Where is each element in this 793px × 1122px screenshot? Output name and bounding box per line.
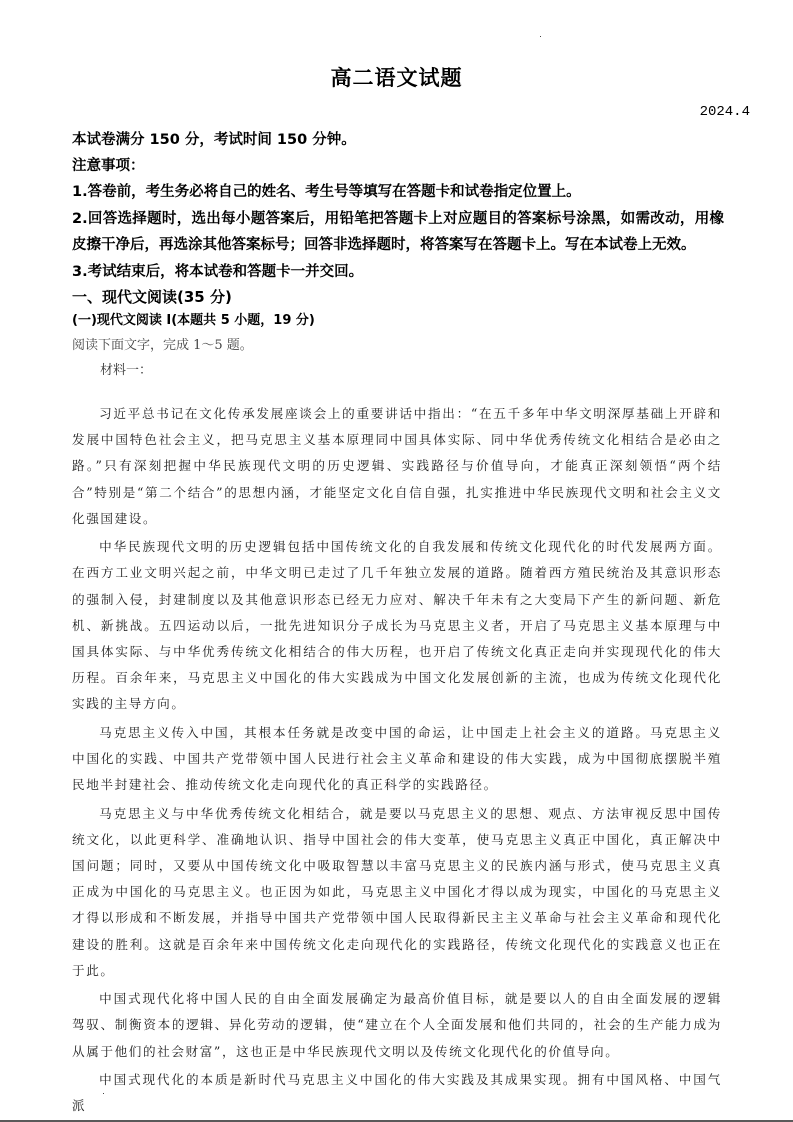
notice-item-3: 3.考试结束后，将本试卷和答题卡一并交回。 [72,259,724,286]
passage-paragraph-2: 中华民族现代文明的历史逻辑包括中国传统文化的自我发展和传统文化现代化的时代发展两… [72,534,722,717]
subsection-heading: (一)现代文阅读 I(本题共 5 小题，19 分) [72,309,724,333]
exam-title: 高二语文试题 [0,62,793,92]
passage-paragraph-1: 习近平总书记在文化传承发展座谈会上的重要讲话中指出：“在五千多年中华文明深厚基础… [72,401,722,532]
notice-item-1: 1.答卷前，考生务必将自己的姓名、考生号等填写在答题卡和试卷指定位置上。 [72,179,724,206]
passage-paragraph-6: 中国式现代化的本质是新时代马克思主义中国化的伟大实践及其成果实现。拥有中国风格、… [72,1067,722,1119]
reading-passage: 习近平总书记在文化传承发展座谈会上的重要讲话中指出：“在五千多年中华文明深厚基础… [72,401,722,1122]
scan-speck [103,1093,104,1094]
exam-date: 2024.4 [700,104,750,120]
score-time-line: 本试卷满分 150 分，考试时间 150 分钟。 [72,128,724,154]
passage-paragraph-5: 中国式现代化将中国人民的自由全面发展确定为最高价值目标，就是要以人的自由全面发展… [72,986,722,1065]
exam-notice: 本试卷满分 150 分，考试时间 150 分钟。 注意事项： 1.答卷前，考生务… [72,128,724,383]
section-heading: 一、现代文阅读(35 分) [72,285,724,309]
notice-heading: 注意事项： [72,154,724,180]
reading-instruction: 阅读下面文字，完成 1～5 题。 [72,333,724,358]
passage-paragraph-3: 马克思主义传入中国，其根本任务就是改变中国的命运，让中国走上社会主义的道路。马克… [72,720,722,799]
notice-item-2: 2.回答选择题时，选出每小题答案后，用铅笔把答题卡上对应题目的答案标号涂黑，如需… [72,206,724,259]
passage-paragraph-4: 马克思主义与中华优秀传统文化相结合，就是要以马克思主义的思想、观点、方法审视反思… [72,801,722,984]
scan-speck [540,36,541,37]
exam-page: 高二语文试题 2024.4 本试卷满分 150 分，考试时间 150 分钟。 注… [0,0,793,1122]
material-label: 材料一： [72,358,724,383]
